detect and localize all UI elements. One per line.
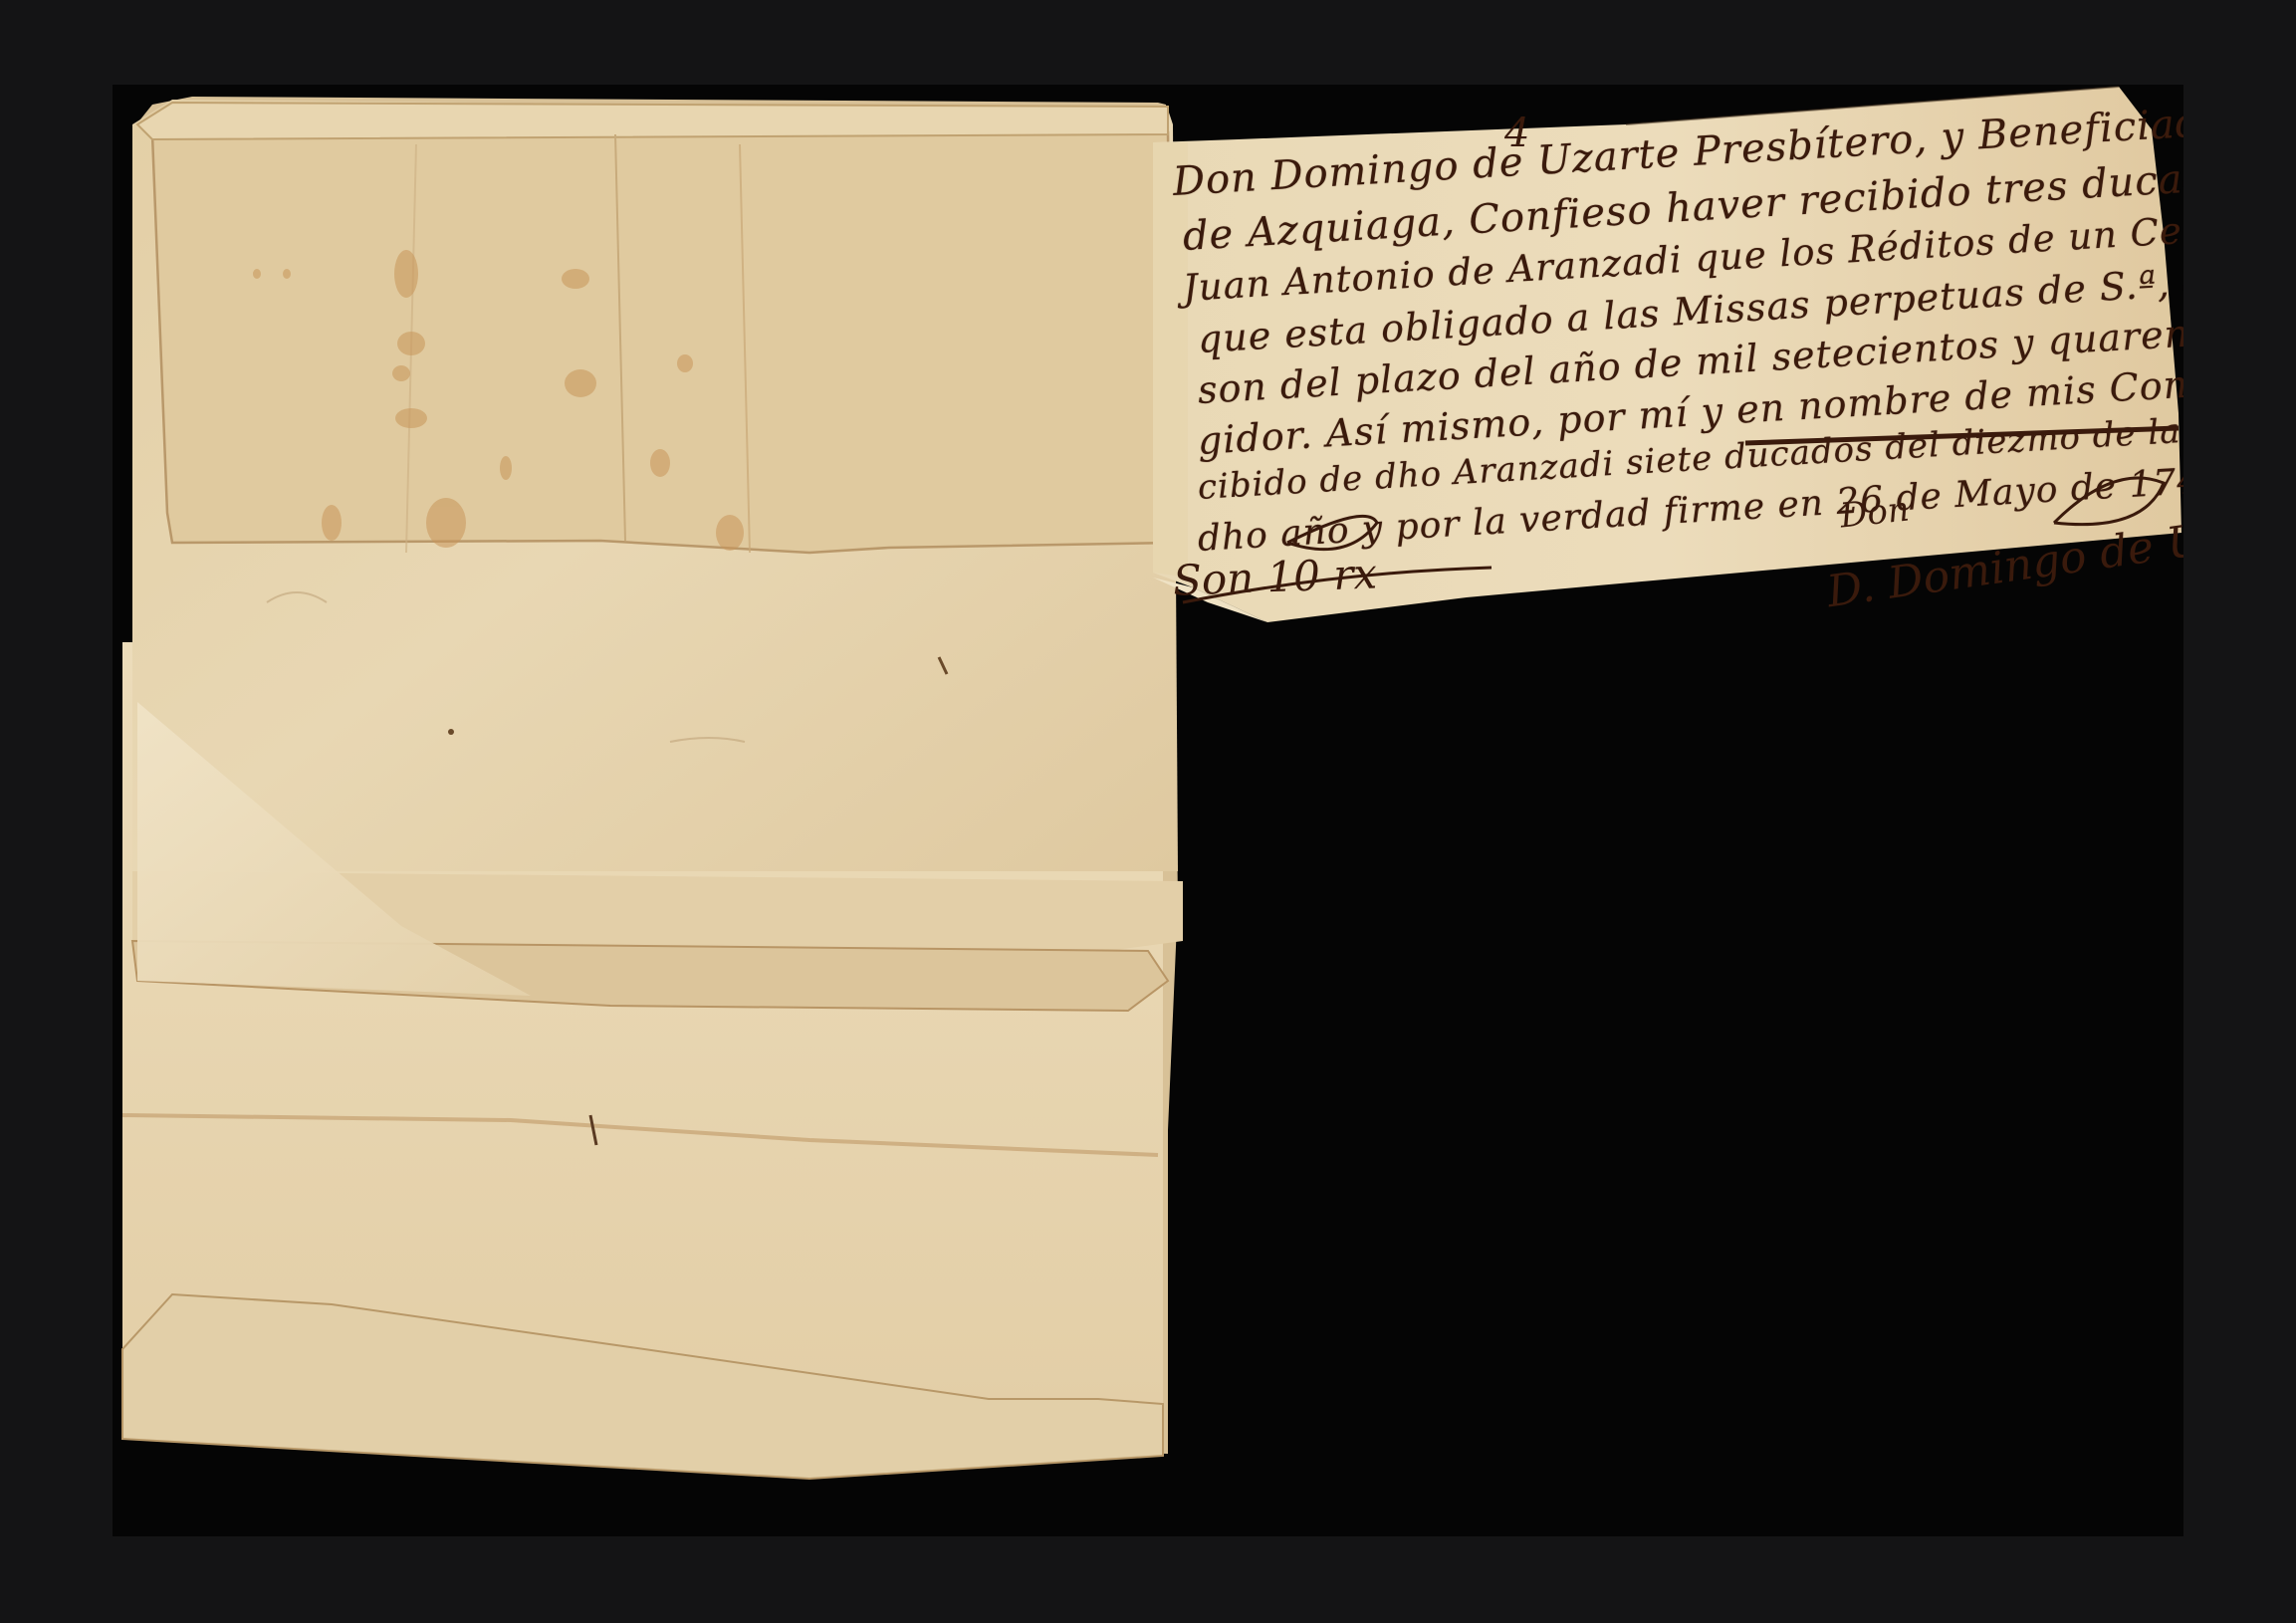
document-photograph: 4 Don Domingo de Uzarte Presbítero, y Be… xyxy=(113,85,2183,1536)
left-folded-document xyxy=(122,97,1183,1479)
receipt-slip xyxy=(1153,87,2181,622)
paper-stack xyxy=(113,85,2183,1536)
